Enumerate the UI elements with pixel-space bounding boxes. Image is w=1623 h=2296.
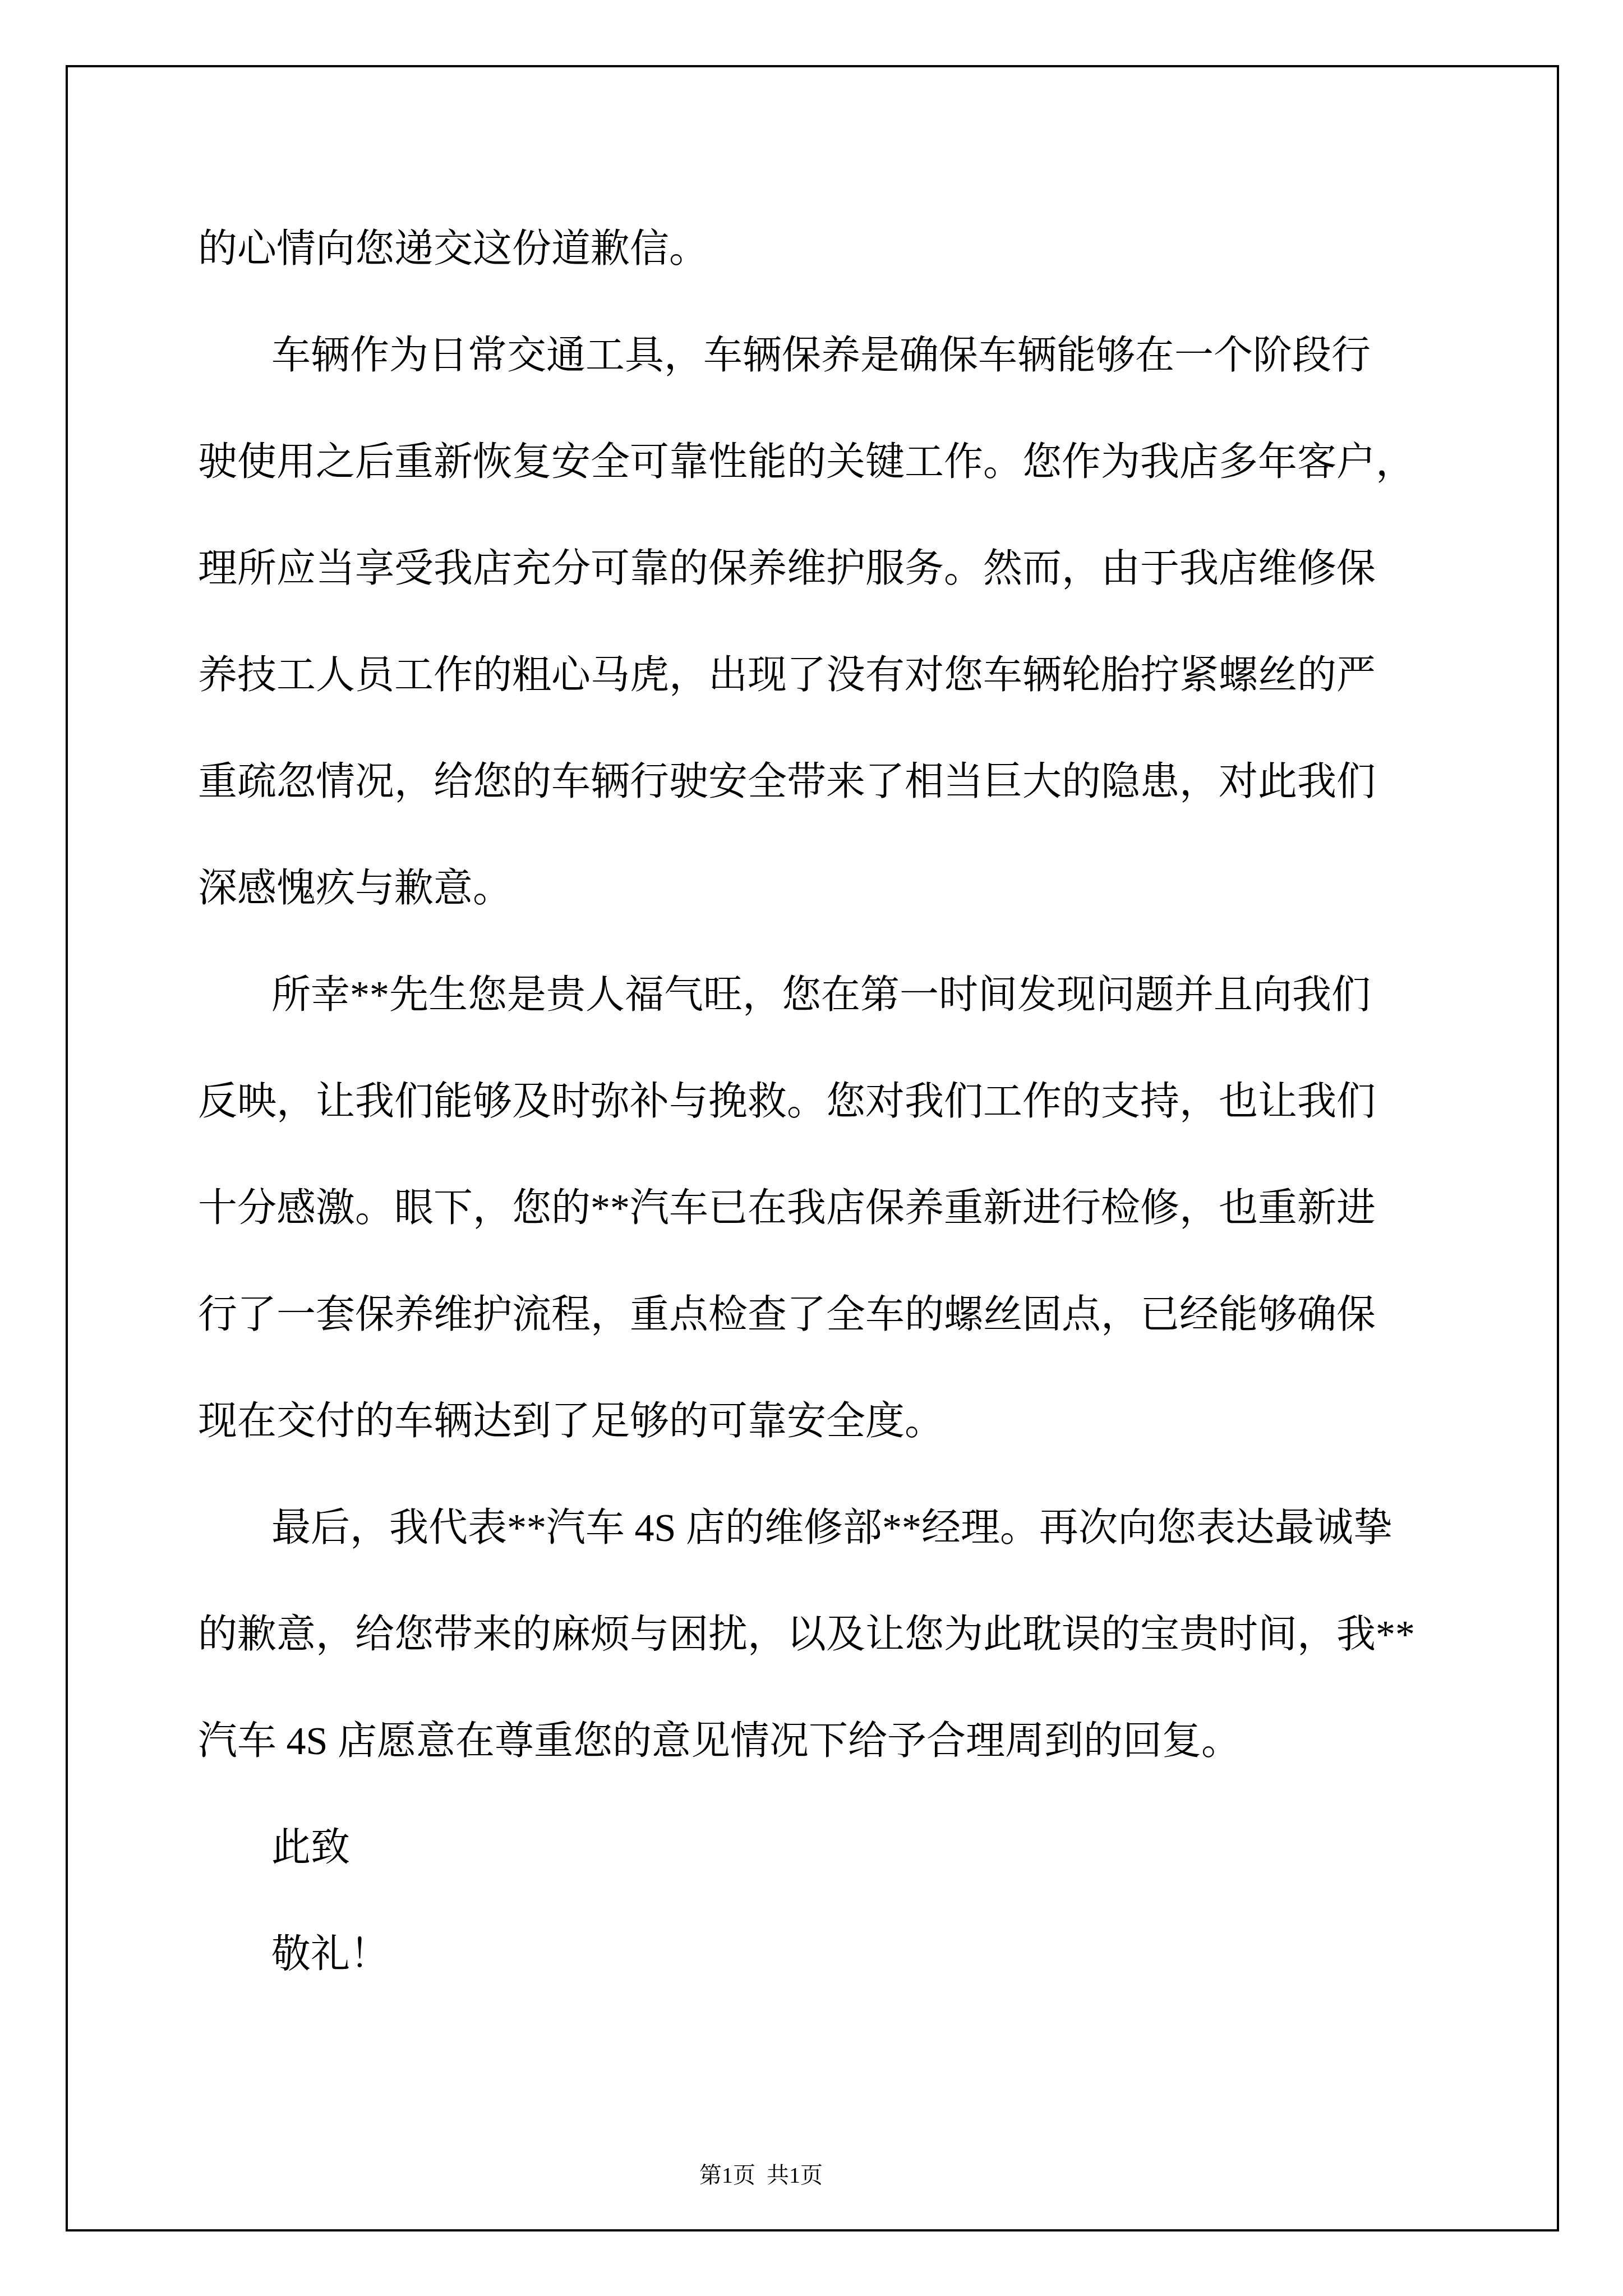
letter-line: 反映，让我们能够及时弥补与挽救。您对我们工作的支持，也让我们 (198, 1049, 1488, 1156)
letter-line: 所幸**先生您是贵人福气旺，您在第一时间发现问题并且向我们 (198, 942, 1488, 1049)
letter-line: 十分感激。眼下，您的**汽车已在我店保养重新进行检修，也重新进 (198, 1156, 1488, 1262)
letter-body: 的心情向您递交这份道歉信。车辆作为日常交通工具，车辆保养是确保车辆能够在一个阶段… (198, 196, 1488, 2008)
letter-line: 重疏忽情况，给您的车辆行驶安全带来了相当巨大的隐患，对此我们 (198, 729, 1488, 836)
letter-line: 敬礼！ (198, 1902, 1488, 2008)
page-number-text: 第1页 共1页 (699, 2162, 823, 2188)
letter-line: 现在交付的车辆达到了足够的可靠安全度。 (198, 1369, 1488, 1475)
letter-line: 驶使用之后重新恢复安全可靠性能的关键工作。您作为我店多年客户， (198, 409, 1488, 516)
letter-line: 最后，我代表**汽车 4S 店的维修部**经理。再次向您表达最诚挚 (198, 1475, 1488, 1582)
letter-line: 车辆作为日常交通工具，车辆保养是确保车辆能够在一个阶段行 (198, 303, 1488, 409)
letter-line: 汽车 4S 店愿意在尊重您的意见情况下给予合理周到的回复。 (198, 1688, 1488, 1795)
letter-line: 养技工人员工作的粗心马虎，出现了没有对您车辆轮胎拧紧螺丝的严 (198, 623, 1488, 729)
page-border-frame: 的心情向您递交这份道歉信。车辆作为日常交通工具，车辆保养是确保车辆能够在一个阶段… (66, 65, 1559, 2231)
letter-line: 此致 (198, 1795, 1488, 1902)
page-footer: 第1页 共1页 (666, 2125, 823, 2226)
document-page: 的心情向您递交这份道歉信。车辆作为日常交通工具，车辆保养是确保车辆能够在一个阶段… (0, 0, 1623, 2296)
letter-line: 的心情向您递交这份道歉信。 (198, 196, 1488, 303)
letter-line: 行了一套保养维护流程，重点检查了全车的螺丝固点，已经能够确保 (198, 1262, 1488, 1369)
letter-line: 的歉意，给您带来的麻烦与困扰，以及让您为此耽误的宝贵时间，我** (198, 1582, 1488, 1688)
letter-line: 深感愧疚与歉意。 (198, 836, 1488, 942)
letter-line: 理所应当享受我店充分可靠的保养维护服务。然而，由于我店维修保 (198, 516, 1488, 623)
